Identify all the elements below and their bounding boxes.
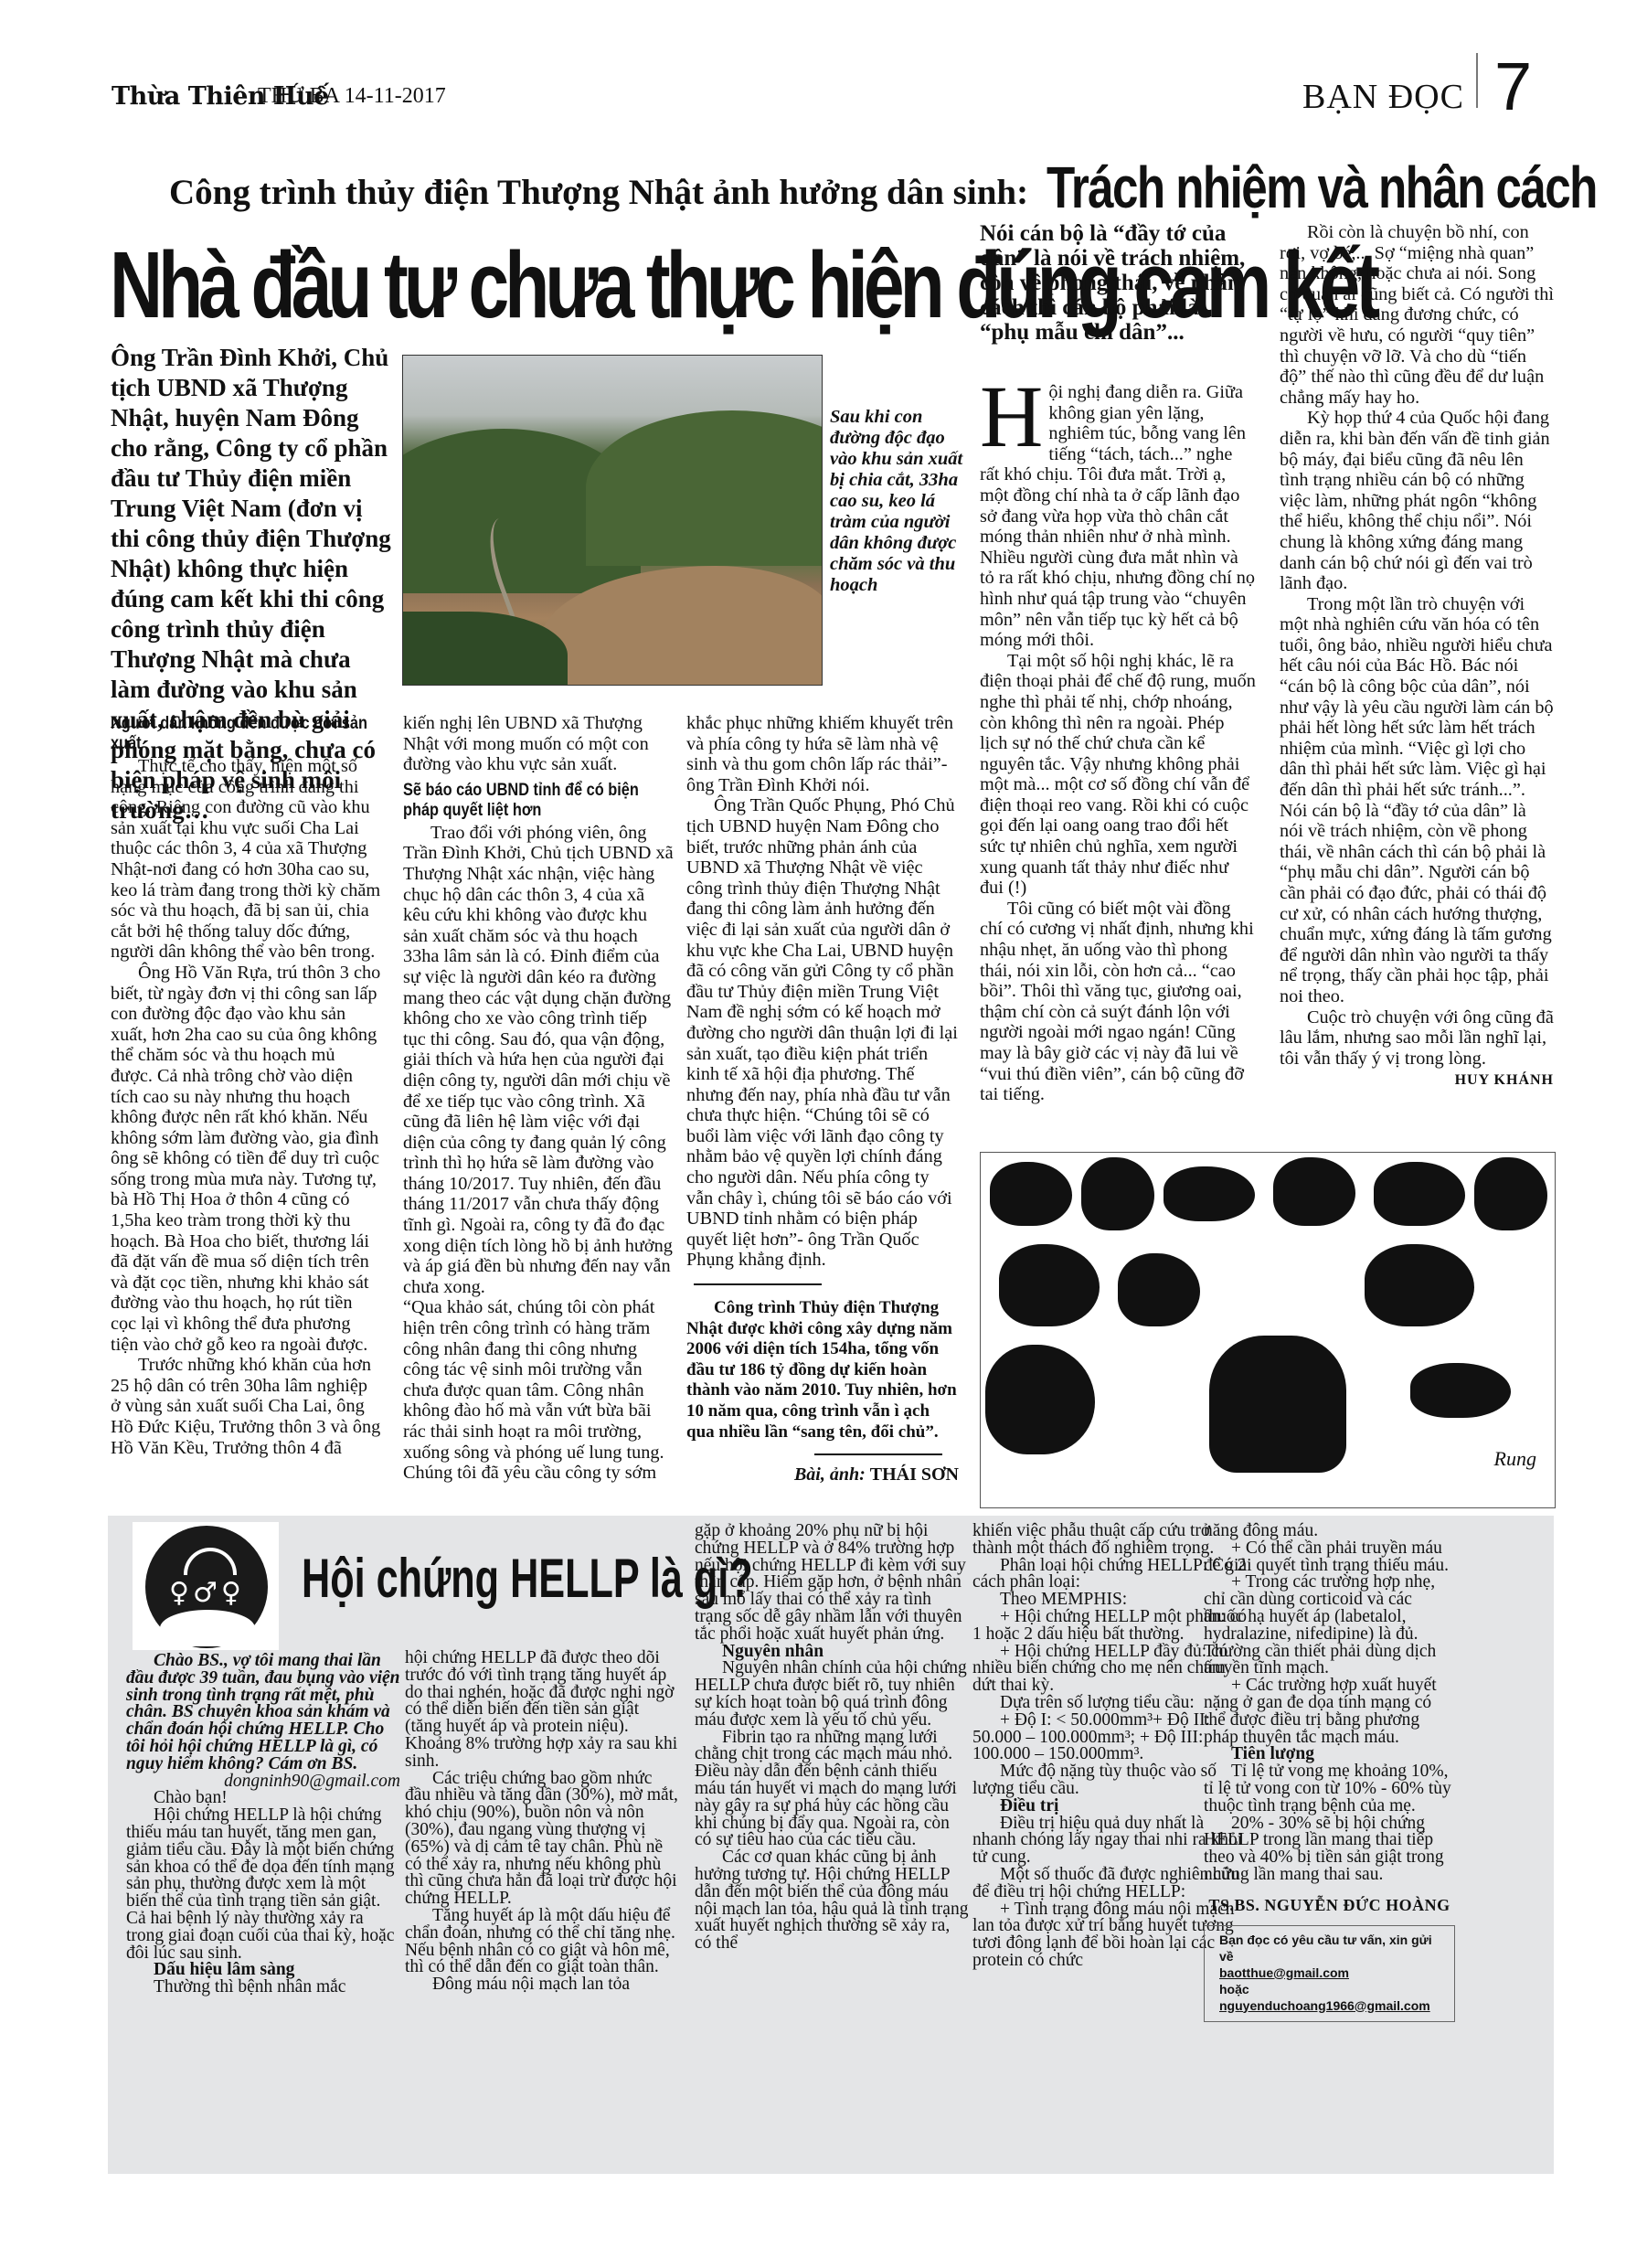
paragraph: 20% - 30% sẽ bị hội chứng HELLP trong lầ… — [1204, 1815, 1455, 1884]
byline-label: Bài, ảnh: — [794, 1464, 866, 1485]
drop-cap: H — [980, 384, 1043, 450]
opinion-title: Trách nhiệm và nhân cách — [1047, 154, 1597, 221]
health-column-3: gặp ở khoảng 20% phụ nữ bị hội chứng HEL… — [695, 1523, 969, 1953]
page-number: 7 — [1494, 48, 1532, 125]
section-name: BẠN ĐỌC — [1302, 77, 1464, 117]
illustration-signature: Rung — [1494, 1447, 1536, 1471]
paragraph: + Trong các trường hợp nhẹ, chỉ cần dùng… — [1204, 1574, 1455, 1677]
illustration-figure — [1081, 1157, 1154, 1230]
paragraph: Các triệu chứng bao gồm nhức đầu nhiều v… — [405, 1771, 679, 1908]
fact-box: Công trình Thủy điện Thượng Nhật được kh… — [686, 1298, 959, 1443]
health-column-5: năng đông máu. + Có thể cần phải truyền … — [1204, 1523, 1455, 2022]
article-headline: Nhà đầu tư chưa thực hiện đúng cam kết — [110, 238, 799, 332]
paragraph: Thực tế cho thấy, hiện một số hạng mục c… — [111, 756, 381, 963]
contact-email-link[interactable]: baotthue@gmail.com — [1219, 1965, 1349, 1980]
paragraph: Kỳ họp thứ 4 của Quốc hội đang diễn ra, … — [1280, 408, 1554, 593]
paragraph: Fibrin tạo ra những mạng lưới chằng chịt… — [695, 1730, 969, 1850]
byline-author: THÁI SƠN — [870, 1464, 959, 1485]
paragraph: Trao đổi với phóng viên, ông Trần Đình K… — [403, 823, 674, 1298]
paragraph: Tăng huyết áp là một dấu hiệu để chẩn đo… — [405, 1908, 679, 1976]
illustration-figure — [1365, 1244, 1474, 1326]
opinion-column-1: Hội nghị đang diễn ra. Giữa không gian y… — [980, 382, 1256, 1105]
article-column-3: khắc phục những khiếm khuyết trên và phí… — [686, 713, 959, 1485]
article-column-1: Người dân không đến được nơi sản xuất Th… — [111, 708, 381, 1458]
paragraph: Đông máu nội mạch lan tỏa — [405, 1976, 679, 1994]
meeting-illustration: Rung — [980, 1152, 1556, 1508]
article-column-2: kiến nghị lên UBND xã Thượng Nhật với mo… — [403, 713, 674, 1484]
article-photo — [402, 355, 823, 686]
opinion-column-2: Rồi còn là chuyện bồ nhí, con rơi, vợ bé… — [1280, 222, 1554, 1091]
paragraph: khắc phục những khiếm khuyết trên và phí… — [686, 713, 959, 795]
paragraph: Nguyên nhân chính của hội chứng HELLP ch… — [695, 1660, 969, 1729]
divider — [814, 1453, 942, 1455]
health-author: TS.BS. NGUYỄN ĐỨC HOÀNG — [1204, 1897, 1455, 1914]
illustration-figure — [990, 1162, 1072, 1226]
paragraph: Thường thì bệnh nhân mắc — [126, 1979, 400, 1996]
paragraph: Ông Trần Quốc Phụng, Phó Chủ tịch UBND h… — [686, 795, 959, 1271]
paragraph: năng đông máu. — [1204, 1523, 1455, 1540]
paragraph: Tôi cũng có biết một vài đồng chí có cươ… — [980, 899, 1256, 1105]
contact-box: Bạn đọc có yêu cầu tư vấn, xin gửi về ba… — [1204, 1925, 1455, 2022]
health-column-1: Chào BS., vợ tôi mang thai lần đầu được … — [126, 1653, 400, 1996]
paragraph: gặp ở khoảng 20% phụ nữ bị hội chứng HEL… — [695, 1523, 969, 1644]
paragraph: kiến nghị lên UBND xã Thượng Nhật với mo… — [403, 713, 674, 775]
paragraph: Trước những khó khăn của hơn 25 hộ dân c… — [111, 1355, 381, 1458]
family-icon: ♀♂♀ — [169, 1577, 245, 1609]
illustration-figure — [1374, 1162, 1465, 1226]
paragraph: Trong một lần trò chuyện với một nhà ngh… — [1280, 594, 1554, 1007]
health-column-2: hội chứng HELLP đã được theo dõi trước đ… — [405, 1650, 679, 1994]
photo-caption: Sau khi con đường độc đạo vào khu sản xu… — [830, 407, 967, 596]
contact-text: Bạn đọc có yêu cầu tư vấn, xin gửi về — [1219, 1932, 1445, 1965]
paragraph: + Các trường hợp xuất huyết nặng ở gan đ… — [1204, 1677, 1455, 1746]
divider — [694, 1283, 822, 1285]
subheading: Sẽ báo cáo UBND tỉnh để có biện pháp quy… — [403, 781, 673, 821]
article-kicker: Công trình thủy điện Thượng Nhật ảnh hưở… — [169, 172, 1028, 213]
contact-email-link[interactable]: nguyenduchoang1966@gmail.com — [1219, 1998, 1430, 2013]
paragraph: Tại một số hội nghị khác, lẽ ra điện tho… — [980, 651, 1256, 899]
illustration-figure — [1118, 1253, 1200, 1326]
paragraph: Hội nghị đang diễn ra. Giữa không gian y… — [980, 382, 1256, 651]
paragraph: + Có thể cần phải truyền máu để giải quy… — [1204, 1540, 1455, 1575]
health-title: Hội chứng HELLP là gì? — [302, 1547, 753, 1610]
paragraph: Tỉ lệ tử vong mẹ khoảng 10%, tỉ lệ tử vo… — [1204, 1763, 1455, 1815]
paragraph: “Qua khảo sát, chúng tôi còn phát hiện t… — [403, 1297, 674, 1483]
paragraph: Hội chứng HELLP là hội chứng thiếu máu t… — [126, 1807, 400, 1962]
paragraph: hội chứng HELLP đã được theo dõi trước đ… — [405, 1650, 679, 1771]
paragraph: Các cơ quan khác cũng bị ảnh hưởng tương… — [695, 1849, 969, 1953]
paragraph: Rồi còn là chuyện bồ nhí, con rơi, vợ bé… — [1280, 222, 1554, 408]
illustration-figure — [985, 1345, 1095, 1454]
opinion-author: HUY KHÁNH — [1280, 1070, 1554, 1091]
photo-hill — [586, 410, 823, 566]
contact-or: hoặc — [1219, 1982, 1249, 1996]
illustration-central-figure — [1209, 1336, 1346, 1473]
paragraph: Cuộc trò chuyện với ông cũng đã lâu lắm,… — [1280, 1007, 1554, 1070]
health-column-logo: ♀♂♀ — [133, 1522, 279, 1650]
illustration-figure — [999, 1244, 1100, 1326]
illustration-figure — [1164, 1166, 1255, 1221]
byline: Bài, ảnh: THÁI SƠN — [686, 1464, 959, 1485]
illustration-figure — [1273, 1157, 1355, 1226]
paragraph: Ông Hồ Văn Rựa, trú thôn 3 cho biết, từ … — [111, 963, 381, 1355]
illustration-figure — [1474, 1157, 1547, 1230]
illustration-figure — [1410, 1363, 1511, 1418]
masthead-divider — [1476, 53, 1478, 108]
opinion-deck: Nói cán bộ là “đầy tớ của dân” là nói về… — [980, 221, 1254, 345]
subheading: Người dân không đến được nơi sản xuất — [111, 714, 380, 754]
reader-question: Chào BS., vợ tôi mang thai lần đầu được … — [126, 1653, 400, 1773]
earth-arc-icon — [160, 1610, 255, 1646]
issue-date: THỨ BA 14-11-2017 — [258, 84, 446, 109]
